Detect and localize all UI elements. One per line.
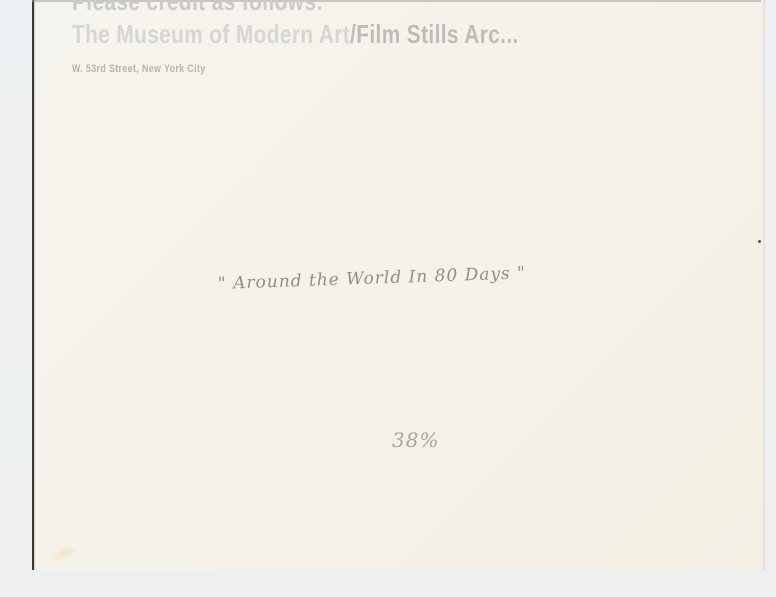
credit-stamp-line-1: Please credit as follows:: [72, 0, 324, 17]
credit-stamp-line-2: The Museum of Modern Art/Film Stills Arc…: [72, 19, 519, 50]
credit-stamp-museum: The Museum of Modern Art: [72, 19, 350, 49]
credit-stamp-archive: /Film Stills Arc...: [350, 19, 519, 49]
handwritten-percentage: 38%: [392, 428, 439, 452]
paper-speck: [758, 240, 761, 243]
credit-stamp-address: W. 53rd Street, New York City: [72, 63, 206, 75]
